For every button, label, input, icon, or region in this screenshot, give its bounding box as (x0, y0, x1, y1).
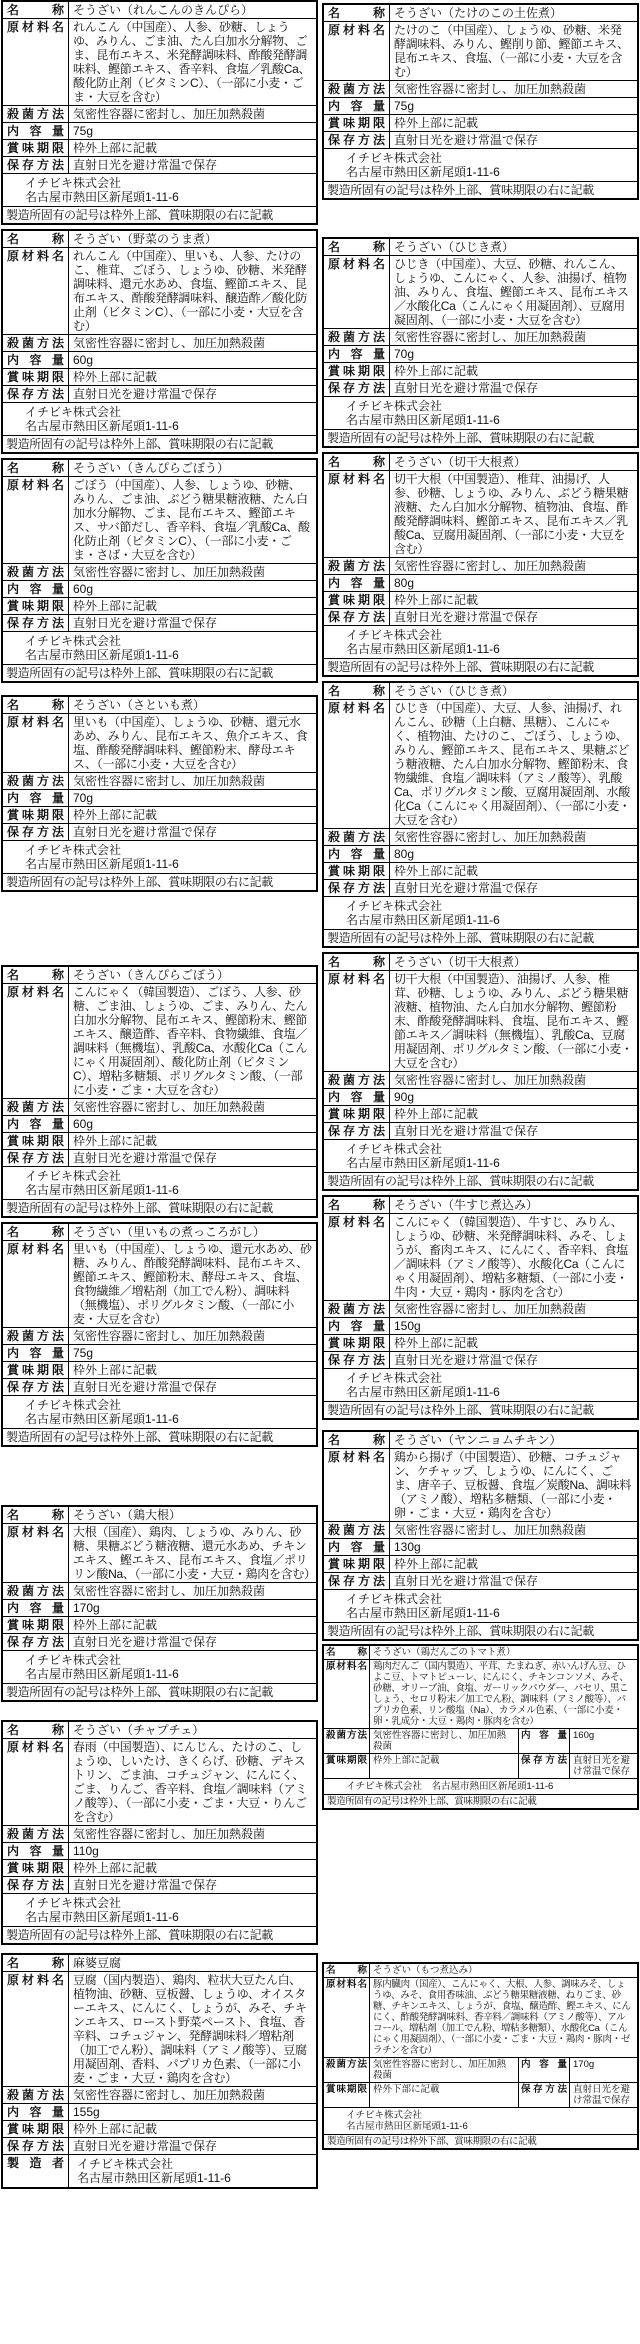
field-label: 内容量 (518, 2058, 570, 2082)
table-row: 保存方法直射日光を避け常温で保存 (324, 608, 637, 625)
maker-info: イチビキ株式会社名古屋市熱田区新尾頭1-11-6 (324, 397, 637, 429)
maker-line: 名古屋市熱田区新尾頭1-11-6 (346, 2121, 633, 2132)
field-label: 保存方法 (518, 2083, 570, 2107)
table-row: 名称そうざい（鶏大根） (3, 1507, 316, 1523)
manufacturer-note: 製造所固有の記号は枠外上部、賞味期限の右に記載 (324, 1623, 637, 1639)
expiry-value: 枠外上部に記載 (69, 1362, 316, 1378)
table-row: 製造所固有の記号は枠外上部、賞味期限の右に記載 (3, 1926, 316, 1943)
table-row: 製造所固有の記号は枠外上部、賞味期限の右に記載 (3, 1683, 316, 1700)
product-table: 名称そうざい（きんぴらごぼう）原材料名こんにゃく（韓国製造）、ごぼう、人参、砂糖… (1, 965, 318, 1218)
field-label: 名称 (324, 5, 390, 21)
field-label: 殺菌方法 (3, 773, 69, 789)
table-row: イチビキ株式会社名古屋市熱田区新尾頭1-11-6 (324, 1139, 637, 1172)
table-row: 賞味期限枠外上部に記載 (3, 1859, 316, 1876)
maker-info: イチビキ株式会社名古屋市熱田区新尾頭1-11-6 (3, 174, 316, 206)
field-label: 賞味期限 (3, 140, 69, 156)
table-row: 賞味期限枠外下部に記載保存方法直射日光を避け常温で保存 (324, 2082, 637, 2107)
amount-value: 80g (390, 846, 637, 862)
table-row: 名称そうざい（きんぴらごぼう） (3, 967, 316, 983)
maker-line: イチビキ株式会社 (346, 151, 633, 165)
table-row: 殺菌方法気密性容器に密封し、加圧加熱殺菌 (324, 557, 637, 574)
table-row: 名称そうざい（きんぴらごぼう） (3, 460, 316, 476)
field-label: 保存方法 (324, 380, 390, 396)
ingredients-text: 豚内臓肉（国産）、こんにゃく、大根、人参、調味みそ、しょうゆ、みそ、食用香味油、… (370, 1978, 637, 2057)
maker-line: イチビキ株式会社 (25, 1896, 312, 1910)
ingredients-text: 豆腐（国内製造）、鶏肉、粒状大豆たん白、植物油、砂糖、豆板醤、しょうゆ、オイスタ… (69, 1972, 316, 2086)
product-table: 名称そうざい（切干大根煮）原材料名切干大根（中国製造）、椎茸、油揚げ、人参、砂糖… (322, 452, 639, 677)
field-label: 内容量 (324, 1539, 390, 1555)
amount-value: 75g (69, 123, 316, 139)
expiry-value: 枠外上部に記載 (69, 807, 316, 823)
product-name: そうざい（きんぴらごぼう） (69, 967, 316, 983)
field-label: 内容量 (324, 1318, 390, 1334)
field-label: 原材料名 (324, 1978, 370, 2057)
expiry-value: 枠外上部に記載 (390, 1106, 637, 1122)
field-label: 名称 (3, 697, 69, 713)
table-row: イチビキ株式会社名古屋市熱田区新尾頭1-11-6 (3, 1893, 316, 1926)
field-label: 内容量 (3, 1116, 69, 1132)
table-row: 保存方法直射日光を避け常温で保存 (3, 1149, 316, 1166)
ingredients-text: ごぼう（中国産）、人参、しょうゆ、砂糖、みりん、ごま油、ぶどう糖果糖液糖、たん白… (69, 477, 316, 563)
amount-value: 75g (69, 1345, 316, 1361)
field-label: 原材料名 (3, 19, 69, 105)
table-row: 殺菌方法気密性容器に密封し、加圧加熱殺菌 (324, 1071, 637, 1088)
amount-value: 155g (69, 2104, 316, 2120)
field-label: 殺菌方法 (324, 329, 390, 345)
sterilization-value: 気密性容器に密封し、加圧加熱殺菌 (69, 1328, 316, 1344)
ingredients-text: こんにゃく（韓国製造）、ごぼう、人参、砂糖、ごま油、しょうゆ、ごま、みりん、たん… (69, 984, 316, 1098)
field-label: 名称 (3, 231, 69, 247)
table-row: 製造所固有の記号は枠外下部、賞味期限の右に記載 (324, 2134, 637, 2148)
field-label: 殺菌方法 (3, 564, 69, 580)
table-row: 原材料名れんこん（中国産）、里いも、人参、たけのこ、椎茸、ごぼう、しょうゆ、砂糖… (3, 247, 316, 334)
table-row: イチビキ株式会社名古屋市熱田区新尾頭1-11-6 (3, 402, 316, 435)
maker-line: 名古屋市熱田区新尾頭1-11-6 (25, 648, 312, 662)
field-label: 賞味期限 (324, 115, 390, 131)
maker-info: イチビキ株式会社名古屋市熱田区新尾頭1-11-6 (3, 1396, 316, 1428)
table-row: 名称そうざい（野菜のうま煮） (3, 231, 316, 247)
maker-line: 名古屋市熱田区新尾頭1-11-6 (25, 190, 312, 204)
right-column: 名称そうざい（たけのこの土佐煮）原材料名たけのこ（中国産）、しょうゆ、砂糖、米発… (322, 0, 639, 2150)
table-row: 賞味期限枠外上部に記載 (324, 1105, 637, 1122)
sterilization-value: 気密性容器に密封し、加圧加熱殺菌 (69, 106, 316, 122)
table-row: イチビキ株式会社名古屋市熱田区新尾頭1-11-6 (324, 148, 637, 181)
maker-line: イチビキ株式会社 (25, 176, 312, 190)
field-label: 原材料名 (3, 1524, 69, 1582)
maker-info: イチビキ株式会社名古屋市熱田区新尾頭1-11-6 (3, 403, 316, 435)
storage-value: 直射日光を避け常温で保存 (390, 1573, 637, 1589)
field-label: 内容量 (3, 123, 69, 139)
table-row: 名称そうざい（もつ煮込み） (324, 1964, 637, 1977)
field-label: 保存方法 (3, 2138, 69, 2154)
storage-value: 直射日光を避け常温で保存 (390, 1352, 637, 1368)
field-label: 保存方法 (3, 1150, 69, 1166)
table-row: 殺菌方法気密性容器に密封し、加圧加熱殺菌 (324, 1300, 637, 1317)
manufacturer-note: 製造所固有の記号は枠外上部、賞味期限の右に記載 (3, 436, 316, 452)
field-label: 原材料名 (3, 1972, 69, 2086)
expiry-value: 枠外上部に記載 (390, 1335, 637, 1351)
amount-value: 170g (69, 1600, 316, 1616)
ingredients-text: 里いも（中国産）、しょうゆ、砂糖、還元水あめ、みりん、昆布エキス、魚介エキス、食… (69, 714, 316, 772)
field-label: 名称 (324, 1432, 390, 1448)
table-row: 保存方法直射日光を避け常温で保存 (3, 823, 316, 840)
field-label: 殺菌方法 (324, 1522, 390, 1538)
maker-line: イチビキ株式会社 名古屋市熱田区新尾頭1-11-6 (346, 1781, 633, 1792)
field-label: 内容量 (324, 575, 390, 591)
field-label: 原材料名 (3, 1241, 69, 1327)
field-label: 保存方法 (3, 157, 69, 173)
table-row: 名称そうざい（切干大根煮） (324, 454, 637, 470)
product-table: 名称そうざい（ヤンニョムチキン）原材料名鶏から揚げ（中国製造）、砂糖、コチュジャ… (322, 1430, 639, 1641)
product-table: 名称そうざい（ひじき煮）原材料名ひじき（中国産）、大豆、人参、油揚げ、れんこん、… (322, 681, 639, 948)
table-row: 名称そうざい（たけのこの土佐煮） (324, 5, 637, 21)
table-row: 保存方法直射日光を避け常温で保存 (324, 879, 637, 896)
table-row: 名称麻婆豆腐 (3, 1955, 316, 1971)
field-label: 内容量 (3, 1600, 69, 1616)
table-row: 保存方法直射日光を避け常温で保存 (3, 1633, 316, 1650)
maker-info: イチビキ株式会社名古屋市熱田区新尾頭1-11-6 (3, 1167, 316, 1199)
ingredients-text: 鶏肉だんご（国内製造）、平茸、たまねぎ、赤いんげん豆、ひよこ豆、トマトピューレ、… (370, 1660, 637, 1728)
table-row: 保存方法直射日光を避け常温で保存 (324, 1122, 637, 1139)
field-label: 内容量 (324, 346, 390, 362)
maker-line: 名古屋市熱田区新尾頭1-11-6 (346, 642, 633, 656)
field-label: 名称 (324, 1964, 370, 1977)
table-row: 名称そうざい（さといも煮） (3, 697, 316, 713)
sterilization-value: 気密性容器に密封し、加圧加熱殺菌 (69, 1099, 316, 1115)
product-name: そうざい（鶏だんごのトマト煮） (370, 1646, 637, 1659)
table-row: 内容量80g (324, 574, 637, 591)
table-row: 殺菌方法気密性容器に密封し、加圧加熱殺菌 (324, 80, 637, 97)
manufacturer-note: 製造所固有の記号は枠外上部、賞味期限の右に記載 (3, 207, 316, 223)
ingredients-text: 大根（国産）、鶏肉、しょうゆ、みりん、砂糖、果糖ぶどう糖液糖、還元水あめ、チキン… (69, 1524, 316, 1582)
amount-value: 60g (69, 1116, 316, 1132)
sterilization-value: 気密性容器に密封し、加圧加熱殺菌 (69, 1826, 316, 1842)
amount-value: 170g (570, 2058, 637, 2082)
maker-info: イチビキ株式会社名古屋市熱田区新尾頭1-11-6 (3, 632, 316, 664)
expiry-value: 枠外上部に記載 (69, 2121, 316, 2137)
table-row: 内容量70g (3, 789, 316, 806)
field-label: 賞味期限 (3, 2121, 69, 2137)
manufacturer-note: 製造所固有の記号は枠外上部、賞味期限の右に記載 (3, 1429, 316, 1445)
field-label: 名称 (324, 954, 390, 970)
field-label: 原材料名 (324, 1449, 390, 1521)
table-row: 賞味期限枠外上部に記載 (3, 139, 316, 156)
table-row: イチビキ株式会社名古屋市熱田区新尾頭1-11-6 (324, 2107, 637, 2134)
storage-value: 直射日光を避け常温で保存 (69, 157, 316, 173)
field-label: 保存方法 (3, 386, 69, 402)
maker-line: 名古屋市熱田区新尾頭1-11-6 (346, 913, 633, 927)
field-label: 内容量 (324, 98, 390, 114)
table-row: 原材料名鶏肉だんご（国内製造）、平茸、たまねぎ、赤いんげん豆、ひよこ豆、トマトピ… (324, 1659, 637, 1728)
manufacturer-note: 製造所固有の記号は枠外下部、賞味期限の右に記載 (324, 2135, 637, 2148)
expiry-value: 枠外上部に記載 (69, 369, 316, 385)
maker-line: イチビキ株式会社 (25, 1169, 312, 1183)
storage-value: 直射日光を避け常温で保存 (69, 1150, 316, 1166)
field-label: 保存方法 (3, 615, 69, 631)
amount-value: 80g (390, 575, 637, 591)
field-label: 原材料名 (324, 22, 390, 80)
field-label: 保存方法 (324, 1123, 390, 1139)
table-row: 内容量60g (3, 1115, 316, 1132)
ingredients-text: れんこん（中国産）、人参、砂糖、しょうゆ、みりん、ごま油、たん白加水分解物、ごま… (69, 19, 316, 105)
field-label: 保存方法 (324, 132, 390, 148)
field-label: 賞味期限 (3, 1362, 69, 1378)
maker-info: イチビキ株式会社名古屋市熱田区新尾頭1-11-6 (324, 626, 637, 658)
table-row: 賞味期限枠外上部に記載 (3, 1132, 316, 1149)
table-row: 原材料名春雨（中国製造）、にんじん、たけのこ、しょうゆ、しいたけ、きくらげ、砂糖… (3, 1738, 316, 1825)
table-row: 保存方法直射日光を避け常温で保存 (3, 156, 316, 173)
maker-info: イチビキ株式会社名古屋市熱田区新尾頭1-11-6 (3, 1651, 316, 1683)
amount-value: 150g (390, 1318, 637, 1334)
table-row: 殺菌方法気密性容器に密封し、加圧加熱殺菌 (3, 563, 316, 580)
storage-value: 直射日光を避け常温で保存 (69, 824, 316, 840)
table-row: 賞味期限枠外上部に記載 (3, 2120, 316, 2137)
field-label: 保存方法 (3, 1877, 69, 1893)
field-label: 名称 (3, 1955, 69, 1971)
maker-line: 名古屋市熱田区新尾頭1-11-6 (346, 165, 633, 179)
expiry-value: 枠外上部に記載 (69, 140, 316, 156)
table-row: 賞味期限枠外上部に記載 (324, 114, 637, 131)
field-label: 賞味期限 (3, 598, 69, 614)
field-label: 原材料名 (324, 1214, 390, 1300)
field-label: 内容量 (324, 1089, 390, 1105)
field-label: 賞味期限 (3, 807, 69, 823)
field-label: 保存方法 (3, 1379, 69, 1395)
field-label: 名称 (324, 239, 390, 255)
field-label: 原材料名 (3, 248, 69, 334)
manufacturer-note: 製造所固有の記号は枠外上部、賞味期限の右に記載 (324, 1173, 637, 1189)
product-table: 名称麻婆豆腐原材料名豆腐（国内製造）、鶏肉、粒状大豆たん白、植物油、砂糖、豆板醤… (1, 1953, 318, 2189)
product-table: 名称そうざい（切干大根煮）原材料名切干大根（中国製造）、油揚げ、人参、椎茸、砂糖… (322, 952, 639, 1191)
table-row: 名称そうざい（里いもの煮っころがし） (3, 1224, 316, 1240)
table-row: 内容量110g (3, 1842, 316, 1859)
field-label: 賞味期限 (324, 1106, 390, 1122)
amount-value: 130g (390, 1539, 637, 1555)
storage-value: 直射日光を避け常温で保存 (69, 615, 316, 631)
field-label: 殺菌方法 (3, 2087, 69, 2103)
field-label: 保存方法 (518, 1754, 570, 1778)
amount-value: 60g (69, 352, 316, 368)
maker-info: イチビキ株式会社名古屋市熱田区新尾頭1-11-6 (324, 897, 637, 929)
storage-value: 直射日光を避け常温で保存 (390, 1123, 637, 1139)
expiry-value: 枠外上部に記載 (390, 115, 637, 131)
maker-line: 名古屋市熱田区新尾頭1-11-6 (77, 2171, 312, 2185)
sterilization-value: 気密性容器に密封し、加圧加熱殺菌 (69, 2087, 316, 2103)
table-row: イチビキ株式会社名古屋市熱田区新尾頭1-11-6 (324, 396, 637, 429)
maker-info: イチビキ株式会社名古屋市熱田区新尾頭1-11-6 (324, 149, 637, 181)
maker-line: 名古屋市熱田区新尾頭1-11-6 (25, 1412, 312, 1426)
table-row: イチビキ株式会社名古屋市熱田区新尾頭1-11-6 (3, 1166, 316, 1199)
product-name: 麻婆豆腐 (69, 1955, 316, 1971)
sterilization-value: 気密性容器に密封し、加圧加熱殺菌 (69, 1583, 316, 1599)
table-row: 内容量75g (324, 97, 637, 114)
manufacturer-note: 製造所固有の記号は枠外上部、賞味期限の右に記載 (324, 430, 637, 446)
table-row: 賞味期限枠外上部に記載 (3, 597, 316, 614)
field-label: 殺菌方法 (324, 829, 390, 845)
table-row: 製造所固有の記号は枠外上部、賞味期限の右に記載 (324, 429, 637, 446)
table-row: 名称そうざい（ヤンニョムチキン） (324, 1432, 637, 1448)
field-label: 名称 (324, 1646, 370, 1659)
product-name: そうざい（さといも煮） (69, 697, 316, 713)
product-table: 名称そうざい（れんこんのきんぴら）原材料名れんこん（中国産）、人参、砂糖、しょう… (1, 0, 318, 225)
maker-line: イチビキ株式会社 (25, 634, 312, 648)
sterilization-value: 気密性容器に密封し、加圧加熱殺菌 (370, 2058, 518, 2082)
table-row: 製造所固有の記号は枠外上部、賞味期限の右に記載 (3, 1428, 316, 1445)
maker-info: イチビキ株式会社名古屋市熱田区新尾頭1-11-6 (324, 1369, 637, 1401)
maker-line: イチビキ株式会社 (346, 1371, 633, 1385)
field-label: 殺菌方法 (3, 1583, 69, 1599)
field-label: 原材料名 (3, 477, 69, 563)
table-row: 内容量60g (3, 580, 316, 597)
amount-value: 60g (69, 581, 316, 597)
sterilization-value: 気密性容器に密封し、加圧加熱殺菌 (390, 1301, 637, 1317)
maker-line: 名古屋市熱田区新尾頭1-11-6 (346, 413, 633, 427)
table-row: 原材料名切干大根（中国製造）、油揚げ、人参、椎茸、砂糖、しょうゆ、みりん、ぶどう… (324, 970, 637, 1071)
table-row: 内容量80g (324, 845, 637, 862)
product-table: 名称そうざい（牛すじ煮込み）原材料名こんにゃく（韓国製造）、牛すじ、みりん、しょ… (322, 1195, 639, 1420)
field-label: 賞味期限 (324, 2083, 370, 2107)
amount-value: 70g (390, 346, 637, 362)
sterilization-value: 気密性容器に密封し、加圧加熱殺菌 (390, 329, 637, 345)
table-row: イチビキ株式会社名古屋市熱田区新尾頭1-11-6 (3, 631, 316, 664)
field-label: 保存方法 (3, 824, 69, 840)
table-row: 名称そうざい（れんこんのきんぴら） (3, 2, 316, 18)
ingredients-text: 里いも（中国産）、しょうゆ、還元水あめ、砂糖、みりん、酢酸発酵調味料、昆布エキス… (69, 1241, 316, 1327)
sterilization-value: 気密性容器に密封し、加圧加熱殺菌 (390, 1072, 637, 1088)
table-row: 保存方法直射日光を避け常温で保存 (324, 1351, 637, 1368)
table-row: 保存方法直射日光を避け常温で保存 (3, 2137, 316, 2154)
table-row: 製造所固有の記号は枠外上部、賞味期限の右に記載 (324, 1794, 637, 1808)
storage-value: 直射日光を避け常温で保存 (69, 2138, 316, 2154)
expiry-value: 枠外下部に記載 (370, 2083, 518, 2107)
table-row: 名称そうざい（チャプチェ） (3, 1722, 316, 1738)
field-label: 内容量 (3, 581, 69, 597)
product-name: そうざい（チャプチェ） (69, 1722, 316, 1738)
field-label: 名称 (324, 1197, 390, 1213)
field-label: 名称 (324, 454, 390, 470)
product-table: 名称そうざい（たけのこの土佐煮）原材料名たけのこ（中国産）、しょうゆ、砂糖、米発… (322, 3, 639, 200)
storage-value: 直射日光を避け常温で保存 (390, 132, 637, 148)
storage-value: 直射日光を避け常温で保存 (570, 1754, 637, 1778)
field-label: 賞味期限 (3, 1617, 69, 1633)
field-label: 原材料名 (3, 984, 69, 1098)
storage-value: 直射日光を避け常温で保存 (69, 1877, 316, 1893)
sterilization-value: 気密性容器に密封し、加圧加熱殺菌 (390, 81, 637, 97)
field-label: 内容量 (3, 1843, 69, 1859)
field-label: 殺菌方法 (3, 106, 69, 122)
field-label: 賞味期限 (3, 1860, 69, 1876)
table-row: 名称そうざい（ひじき煮） (324, 683, 637, 699)
field-label: 名称 (3, 460, 69, 476)
table-row: 製造者イチビキ株式会社名古屋市熱田区新尾頭1-11-6 (3, 2154, 316, 2187)
product-name: そうざい（たけのこの土佐煮） (390, 5, 637, 21)
manufacturer-note: 製造所固有の記号は枠外上部、賞味期限の右に記載 (3, 1684, 316, 1700)
field-label: 保存方法 (324, 1573, 390, 1589)
manufacturer-note: 製造所固有の記号は枠外上部、賞味期限の右に記載 (324, 1402, 637, 1418)
table-row: 賞味期限枠外上部に記載 (324, 862, 637, 879)
field-label: 内容量 (3, 1345, 69, 1361)
field-label: 賞味期限 (3, 369, 69, 385)
table-row: 内容量90g (324, 1088, 637, 1105)
table-row: 名称そうざい（牛すじ煮込み） (324, 1197, 637, 1213)
expiry-value: 枠外上部に記載 (370, 1754, 518, 1778)
field-label: 保存方法 (3, 1634, 69, 1650)
manufacturer-note: 製造所固有の記号は枠外上部、賞味期限の右に記載 (3, 1200, 316, 1216)
amount-value: 75g (390, 98, 637, 114)
table-row: 原材料名こんにゃく（韓国製造）、ごぼう、人参、砂糖、ごま油、しょうゆ、ごま、みり… (3, 983, 316, 1098)
maker-line: 名古屋市熱田区新尾頭1-11-6 (346, 1606, 633, 1620)
product-name: そうざい（里いもの煮っころがし） (69, 1224, 316, 1240)
field-label: 名称 (3, 1722, 69, 1738)
product-table: 名称そうざい（もつ煮込み）原材料名豚内臓肉（国産）、こんにゃく、大根、人参、調味… (322, 1962, 639, 2150)
amount-value: 110g (69, 1843, 316, 1859)
maker-info: イチビキ株式会社名古屋市熱田区新尾頭1-11-6 (324, 2108, 637, 2134)
table-row: 内容量70g (324, 345, 637, 362)
product-table: 名称そうざい（鶏大根）原材料名大根（国産）、鶏肉、しょうゆ、みりん、砂糖、果糖ぶ… (1, 1505, 318, 1702)
table-row: 内容量75g (3, 122, 316, 139)
table-row: イチビキ株式会社名古屋市熱田区新尾頭1-11-6 (3, 173, 316, 206)
manufacturer-note: 製造所固有の記号は枠外上部、賞味期限の右に記載 (324, 659, 637, 675)
expiry-value: 枠外上部に記載 (390, 592, 637, 608)
table-row: 名称そうざい（ひじき煮） (324, 239, 637, 255)
storage-value: 直射日光を避け常温で保存 (390, 609, 637, 625)
maker-line: 名古屋市熱田区新尾頭1-11-6 (346, 1156, 633, 1170)
manufacturer-note: 製造所固有の記号は枠外上部、賞味期限の右に記載 (324, 182, 637, 198)
table-row: 賞味期限枠外上部に記載 (324, 1334, 637, 1351)
table-row: イチビキ株式会社名古屋市熱田区新尾頭1-11-6 (324, 1589, 637, 1622)
ingredients-text: ひじき（中国産）、大豆、砂糖、れんこん、しょうゆ、こんにゃく、人参、油揚げ、植物… (390, 256, 637, 328)
table-row: 殺菌方法気密性容器に密封し、加圧加熱殺菌 (324, 328, 637, 345)
storage-value: 直射日光を避け常温で保存 (390, 880, 637, 896)
table-row: 賞味期限枠外上部に記載 (324, 362, 637, 379)
maker-info: イチビキ株式会社名古屋市熱田区新尾頭1-11-6 (3, 1894, 316, 1926)
table-row: 殺菌方法気密性容器に密封し、加圧加熱殺菌 (3, 334, 316, 351)
sterilization-value: 気密性容器に密封し、加圧加熱殺菌 (370, 1729, 518, 1753)
table-row: 殺菌方法気密性容器に密封し、加圧加熱殺菌内容量170g (324, 2057, 637, 2082)
table-row: 殺菌方法気密性容器に密封し、加圧加熱殺菌 (3, 1098, 316, 1115)
table-row: 内容量60g (3, 351, 316, 368)
table-row: 殺菌方法気密性容器に密封し、加圧加熱殺菌 (3, 2086, 316, 2103)
table-row: 内容量150g (324, 1317, 637, 1334)
maker-line: イチビキ株式会社 (346, 399, 633, 413)
ingredients-text: 鶏から揚げ（中国製造）、砂糖、コチュジャン、ケチャップ、しょうゆ、にんにく、ごま… (390, 1449, 637, 1521)
table-row: 製造所固有の記号は枠外上部、賞味期限の右に記載 (3, 435, 316, 452)
product-table: 名称そうざい（チャプチェ）原材料名春雨（中国製造）、にんじん、たけのこ、しょうゆ… (1, 1720, 318, 1945)
field-label: 賞味期限 (324, 1556, 390, 1572)
field-label: 賞味期限 (324, 363, 390, 379)
product-table: 名称そうざい（ひじき煮）原材料名ひじき（中国産）、大豆、砂糖、れんこん、しょうゆ… (322, 237, 639, 448)
table-row: イチビキ株式会社名古屋市熱田区新尾頭1-11-6 (324, 896, 637, 929)
maker-line: イチビキ株式会社 (25, 405, 312, 419)
field-label: 名称 (3, 1224, 69, 1240)
field-label: 原材料名 (324, 1660, 370, 1728)
field-label: 殺菌方法 (324, 1301, 390, 1317)
manufacturer-note: 製造所固有の記号は枠外上部、賞味期限の右に記載 (3, 874, 316, 890)
maker-line: 名古屋市熱田区新尾頭1-11-6 (25, 419, 312, 433)
product-table: 名称そうざい（里いもの煮っころがし）原材料名里いも（中国産）、しょうゆ、還元水あ… (1, 1222, 318, 1447)
table-row: 賞味期限枠外上部に記載 (3, 1361, 316, 1378)
field-label: 保存方法 (324, 609, 390, 625)
manufacturer-note: 製造所固有の記号は枠外上部、賞味期限の右に記載 (3, 1927, 316, 1943)
table-row: 殺菌方法気密性容器に密封し、加圧加熱殺菌 (3, 1825, 316, 1842)
table-row: 殺菌方法気密性容器に密封し、加圧加熱殺菌内容量160g (324, 1728, 637, 1753)
storage-value: 直射日光を避け常温で保存 (69, 386, 316, 402)
manufacturer-note: 製造所固有の記号は枠外上部、賞味期限の右に記載 (324, 930, 637, 946)
product-name: そうざい（鶏大根） (69, 1507, 316, 1523)
field-label: 原材料名 (3, 714, 69, 772)
table-row: 名称そうざい（切干大根煮） (324, 954, 637, 970)
table-row: 賞味期限枠外上部に記載 (324, 1555, 637, 1572)
